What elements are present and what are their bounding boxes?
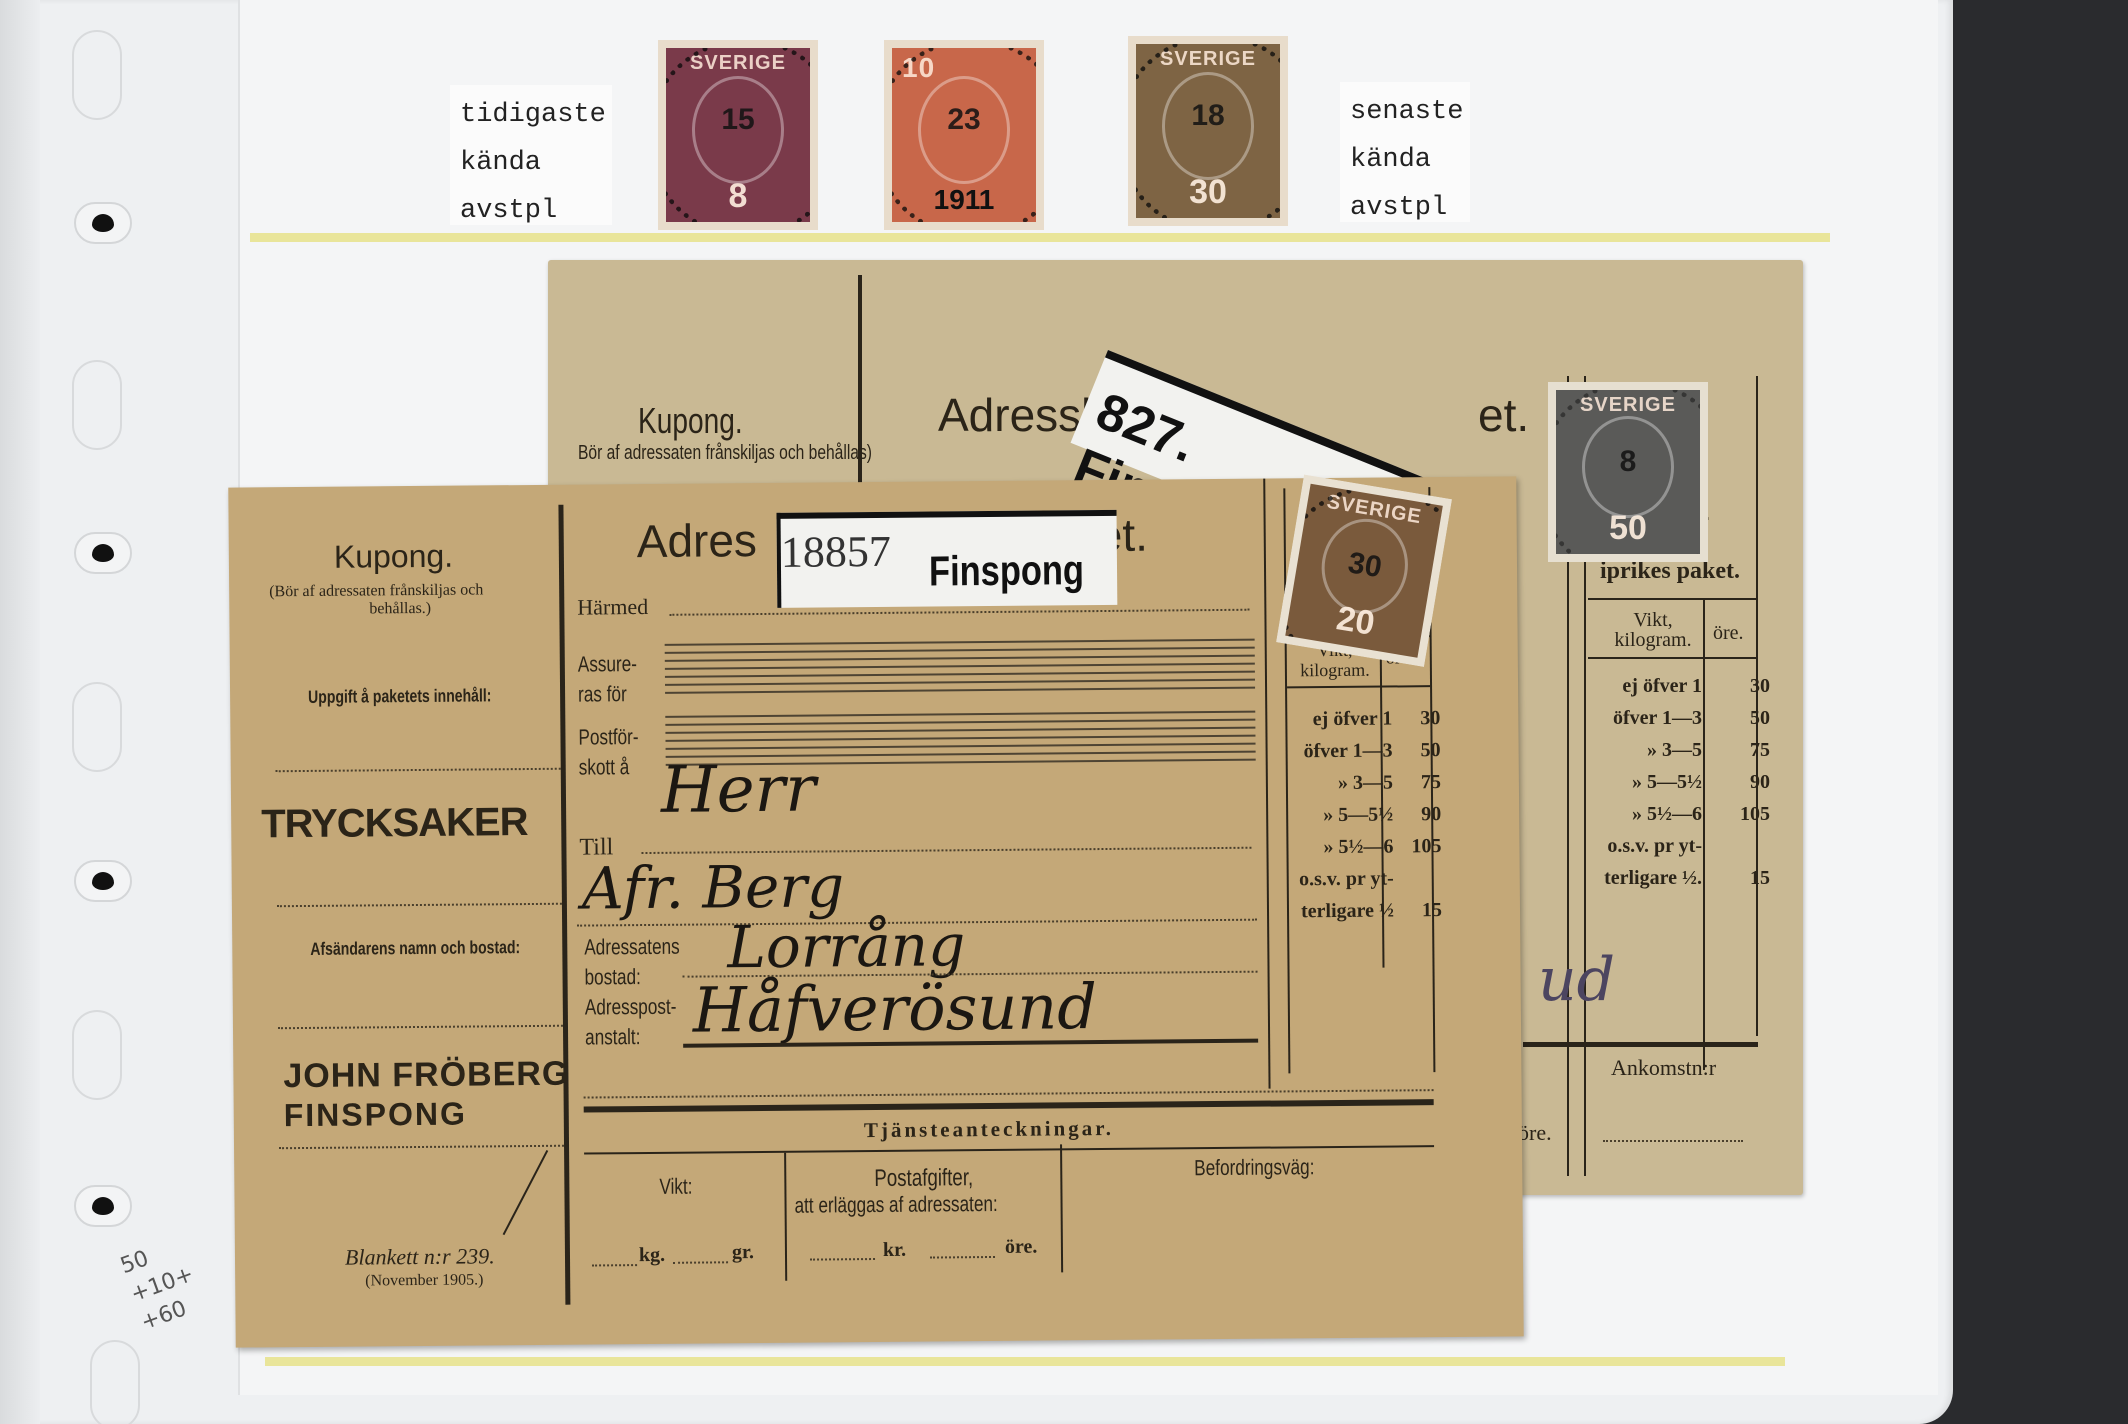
stamp-50-ore: SVERIGE 50 8 — [1548, 382, 1708, 562]
contents-line — [277, 903, 562, 907]
rate-table-back: ej öfver 130 öfver 1—350 » 3—575 » 5—5½9… — [1590, 670, 1770, 894]
gr-line — [673, 1261, 728, 1263]
service-dotted — [584, 1089, 1434, 1098]
stamp-face: SVERIGE 8 15 — [666, 48, 810, 222]
stamp-face: 10 23 1911 — [892, 48, 1036, 222]
pen-stroke — [503, 1150, 549, 1235]
kr-line — [810, 1258, 875, 1261]
addressee-residence-label: Adressatens bostad: — [584, 932, 680, 993]
stamp-face: SVERIGE 30 18 — [1136, 44, 1280, 218]
ore-line — [930, 1256, 995, 1259]
insured-ruled-lines — [665, 639, 1255, 700]
binder-slot — [72, 30, 122, 120]
binder-hole — [74, 532, 132, 574]
registration-label-18857: 18857 Finspong — [777, 510, 1118, 608]
handwriting-fragment: ud — [1538, 945, 1615, 1015]
kg-line — [592, 1264, 637, 1266]
insured-label: Assure- ras för — [578, 649, 638, 710]
sender-line — [279, 1145, 564, 1149]
arrival-line — [1603, 1140, 1743, 1142]
stamp-face: SVERIGE 50 8 — [1556, 390, 1700, 554]
rate-row: öfver 1—350 — [1590, 702, 1770, 734]
pencil-note: 50 +10+ +60 — [117, 1232, 209, 1339]
binder-hole — [74, 1185, 132, 1227]
rate-row: » 5—5½90 — [1590, 766, 1770, 798]
rate-row: ej öfver 130 — [1280, 702, 1440, 735]
rate-rule — [1588, 598, 1756, 600]
album-page: 50 +10+ +60 tidigaste kända avstpl senas… — [0, 0, 1953, 1424]
rate-table-front: ej öfver 130 öfver 1—350 » 3—575 » 5—5½9… — [1280, 702, 1442, 927]
stamp-8-ore: SVERIGE 8 15 — [658, 40, 818, 230]
binder-slot — [72, 1010, 122, 1100]
rate-row: » 3—575 — [1281, 766, 1441, 799]
rate-rule — [1588, 657, 1756, 659]
cod-label: Postför- skott å — [578, 722, 639, 783]
sender-line — [278, 1025, 563, 1029]
stamp-10-ore: 10 23 1911 — [884, 40, 1044, 230]
binder-slot — [72, 360, 122, 450]
binder-slot — [72, 682, 122, 772]
page-edge — [0, 0, 40, 1424]
binder-slot — [90, 1340, 140, 1424]
rate-row: terligare ½15 — [1282, 894, 1442, 927]
service-col — [784, 1153, 787, 1281]
rate-row: » 5½—6105 — [1281, 830, 1441, 863]
binder-hole — [74, 860, 132, 902]
rate-row: o.s.v. pr yt- — [1282, 862, 1442, 895]
stamp-face: SVERIGE 20 30 — [1285, 484, 1443, 658]
divider-line-top — [250, 233, 1830, 242]
parcel-card-front: Kupong. (Bör af adressaten frånskiljas o… — [228, 476, 1523, 1347]
rate-box-outer — [1263, 479, 1270, 1089]
post-office-label: Adresspost- anstalt: — [585, 992, 677, 1053]
rate-row: » 5—5½90 — [1281, 798, 1441, 831]
stamp-20-ore: SVERIGE 20 30 — [1276, 475, 1452, 667]
field-line — [669, 609, 1249, 616]
rate-row: » 5½—6105 — [1590, 798, 1770, 830]
service-rule — [584, 1145, 1434, 1154]
service-col — [1060, 1144, 1063, 1272]
caption-latest: senaste kända avstpl — [1340, 82, 1470, 222]
rate-row: ej öfver 130 — [1590, 670, 1770, 702]
rate-row: öfver 1—350 — [1280, 734, 1440, 767]
caption-earliest: tidigaste kända avstpl — [450, 85, 612, 225]
binder-hole — [74, 202, 132, 244]
contents-line — [276, 768, 561, 772]
stamp-30-ore: SVERIGE 30 18 — [1128, 36, 1288, 226]
divider-line-bottom — [265, 1357, 1785, 1366]
service-rule — [584, 1099, 1434, 1112]
arrival-rule — [1523, 1042, 1758, 1047]
rate-row: terligare ½.15 — [1590, 862, 1770, 894]
rate-rule — [1287, 685, 1430, 688]
rate-row: o.s.v. pr yt- — [1590, 830, 1770, 862]
rate-row: » 3—575 — [1590, 734, 1770, 766]
